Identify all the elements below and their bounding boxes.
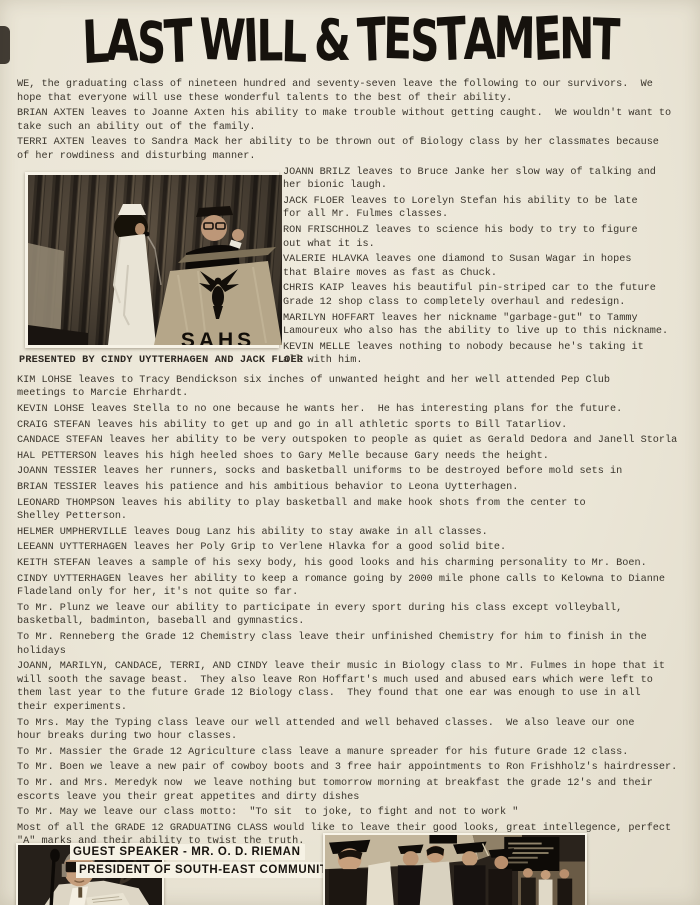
will-entry: To Mr. and Mrs. Meredyk now we leave not… <box>17 777 683 804</box>
will-entry: KEVIN LOHSE leaves Stella to no one beca… <box>17 403 683 417</box>
speaker-caption-line-1: GUEST SPEAKER - MR. O. D. RIEMAN <box>70 844 305 860</box>
graduation-podium-photo: SAHS PRESENTED BY CINDY UYTTERHAGEN AND … <box>25 172 279 367</box>
will-entry: To Mrs. May the Typing class leave our w… <box>17 717 683 744</box>
will-entry: To Mr. Massier the Grade 12 Agriculture … <box>17 746 683 760</box>
photo-caption: PRESENTED BY CINDY UYTTERHAGEN AND JACK … <box>19 354 279 367</box>
will-entry: HAL PETTERSON leaves his high heeled sho… <box>17 450 683 464</box>
will-entry: HELMER UMPHERVILLE leaves Doug Lanz his … <box>17 526 683 540</box>
will-entry: CINDY UYTTERHAGEN leaves her ability to … <box>17 573 683 600</box>
will-entry: To Mr. Boen we leave a new pair of cowbo… <box>17 761 683 775</box>
paper-blemish <box>0 26 10 64</box>
will-entry: To Mr. Plunz we leave our ability to par… <box>17 602 683 629</box>
will-entry: To Mr. Renneberg the Grade 12 Chemistry … <box>17 631 683 658</box>
will-entry: CANDACE STEFAN leaves her ability to be … <box>17 434 683 448</box>
will-entry: BRIAN TESSIER leaves his patience and hi… <box>17 481 683 495</box>
intro-paragraph: WE, the graduating class of nineteen hun… <box>17 78 683 105</box>
procession-photo <box>323 833 587 905</box>
graduation-podium-photo-art: SAHS <box>28 175 282 345</box>
will-entry: KEITH STEFAN leaves a sample of his sexy… <box>17 557 683 571</box>
will-entry: CRAIG STEFAN leaves his ability to get u… <box>17 419 683 433</box>
will-entry: KIM LOHSE leaves to Tracy Bendickson six… <box>17 374 683 401</box>
will-entry: To Mr. May we leave our class motto: "To… <box>17 806 683 820</box>
will-entry: JOANN, MARILYN, CANDACE, TERRI, AND CIND… <box>17 660 683 714</box>
podium-emblem-letters: SAHS <box>181 329 255 345</box>
will-entry: JOANN TESSIER leaves her runners, socks … <box>17 465 683 479</box>
bulletin-board <box>504 837 559 871</box>
yearbook-page: LAST WILL & TESTAMENT WE, the graduating… <box>0 0 700 905</box>
page-title: LAST WILL & TESTAMENT <box>82 5 618 76</box>
will-entry: LEEANN UYTTERHAGEN leaves her Poly Grip … <box>17 541 683 555</box>
will-entry: TERRI AXTEN leaves to Sandra Mack her ab… <box>17 136 683 163</box>
will-entry: LEONARD THOMPSON leaves his ability to p… <box>17 497 683 524</box>
will-entry: BRIAN AXTEN leaves to Joanne Axten his a… <box>17 107 683 134</box>
procession-photo-art <box>325 835 585 905</box>
